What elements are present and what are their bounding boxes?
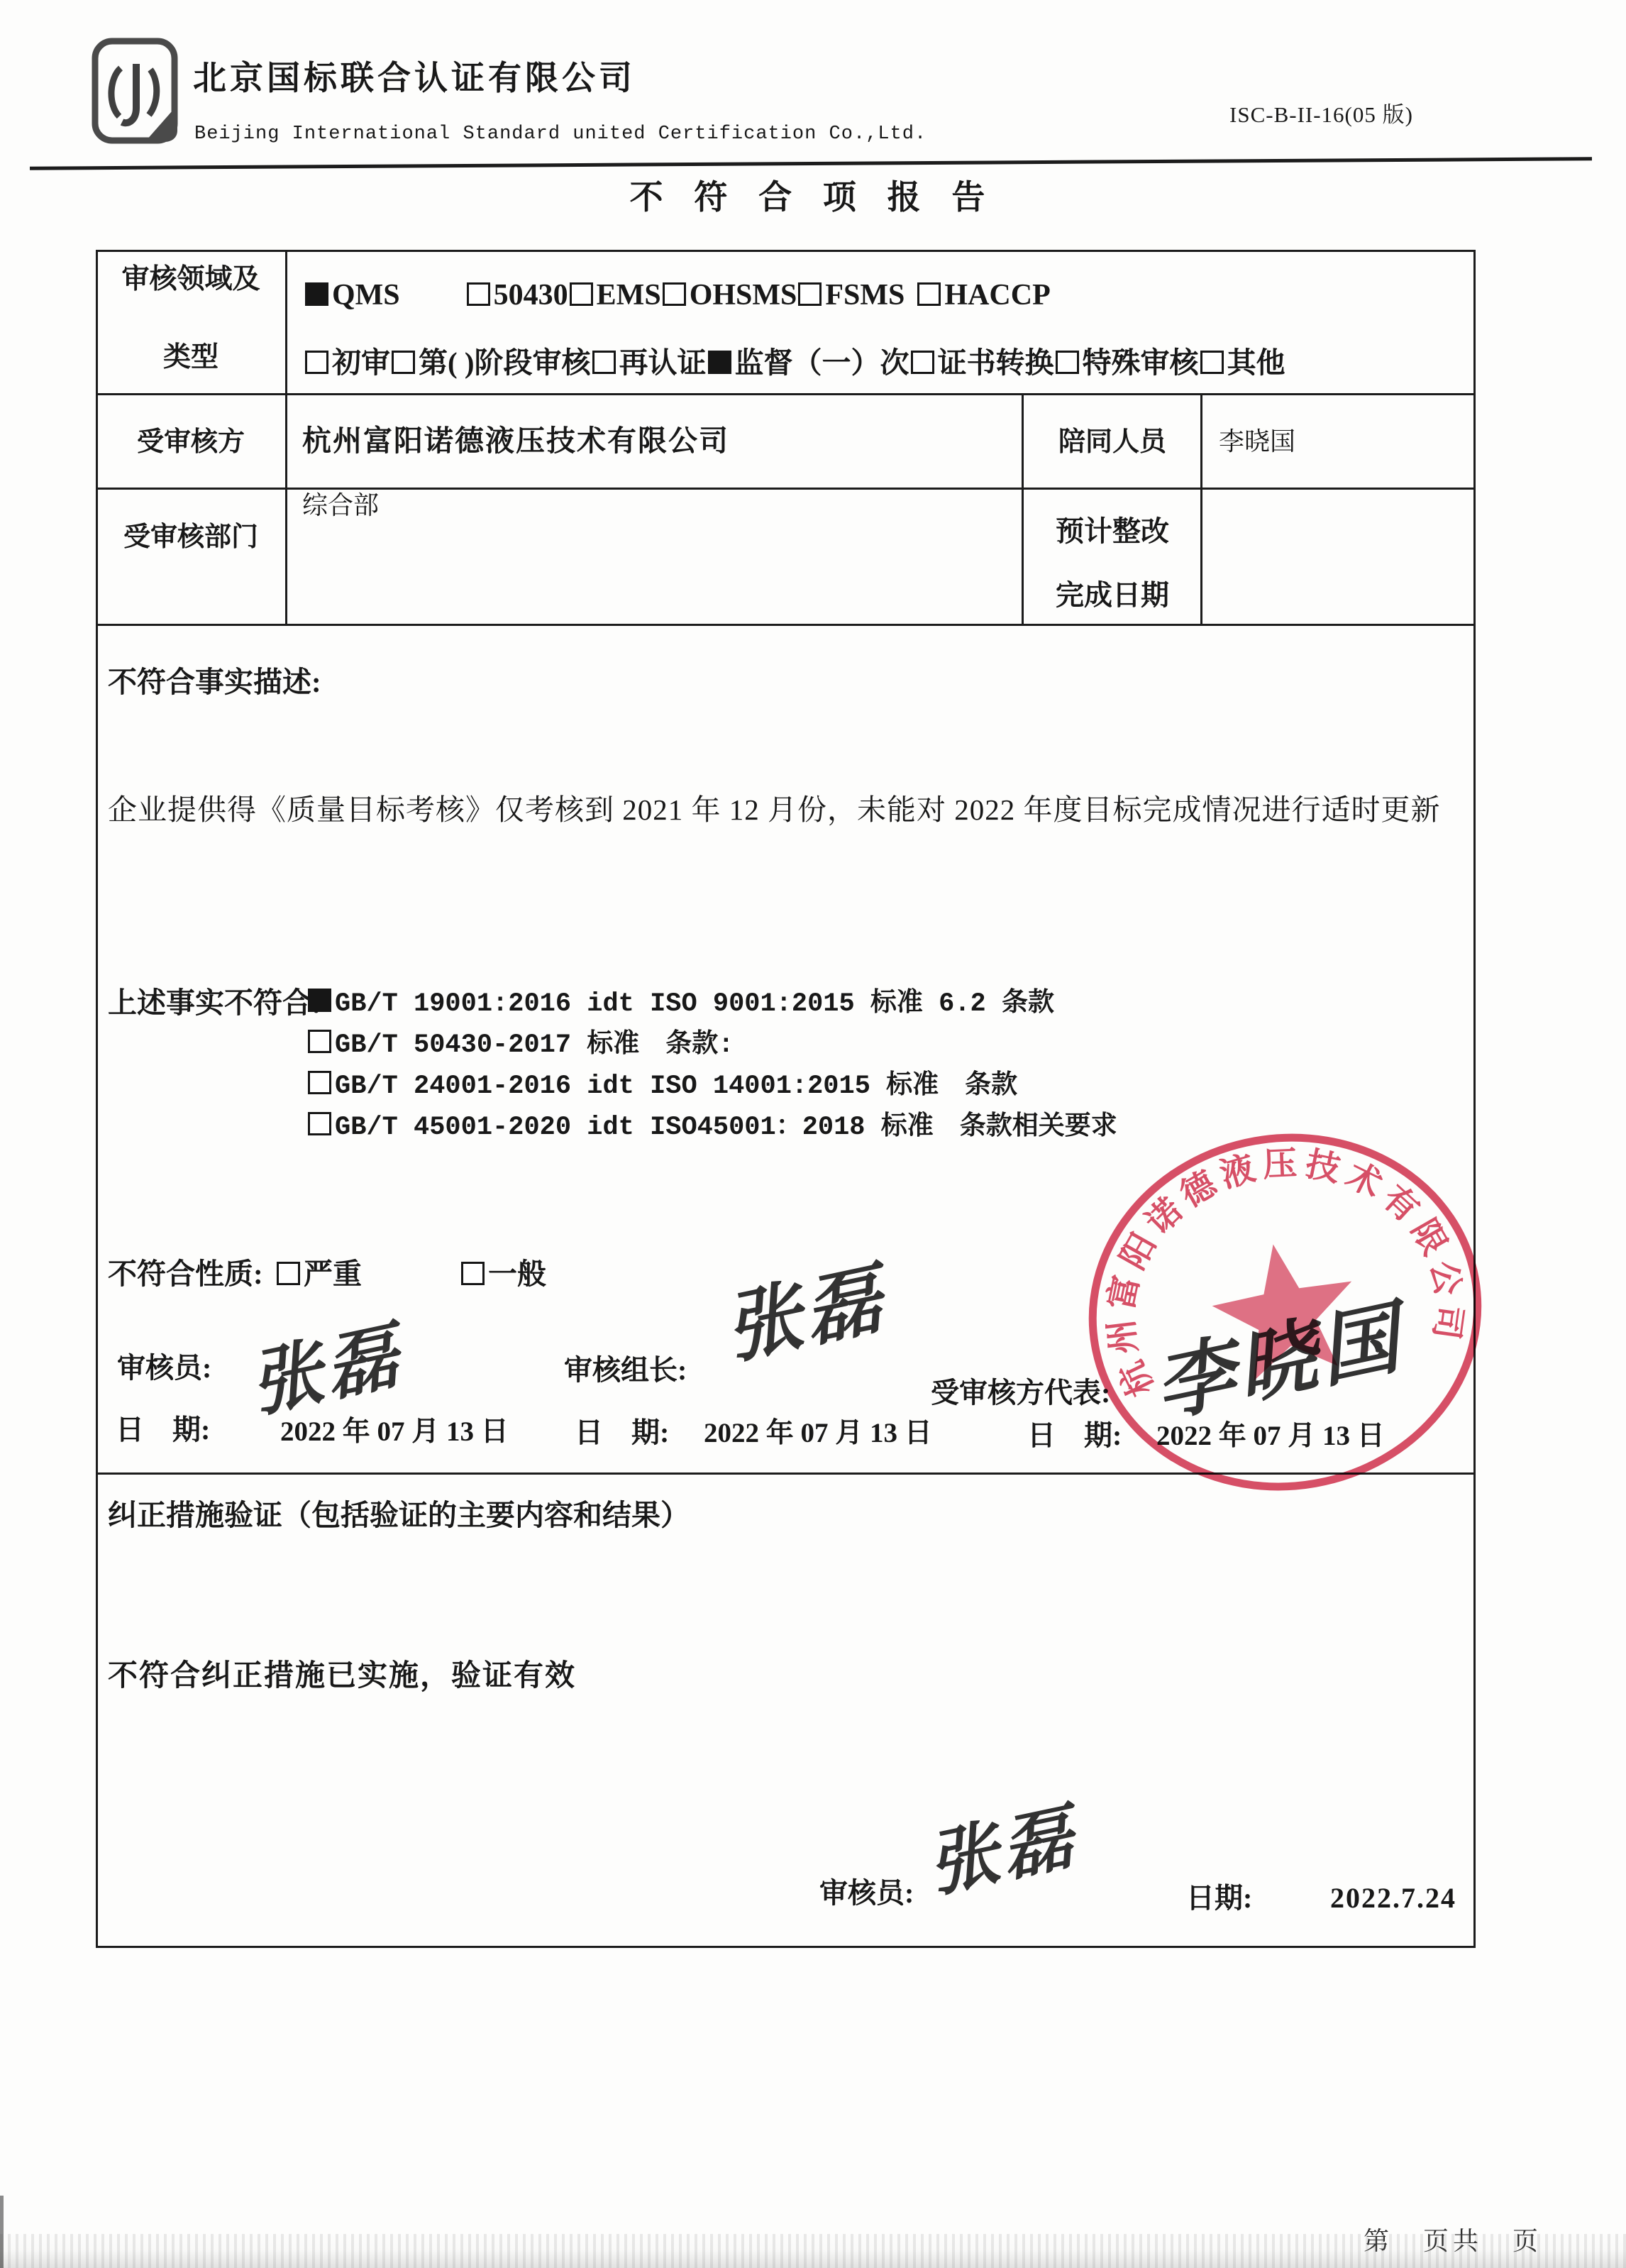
auditor-date: 2022 年 07 月 13 日 [280,1416,509,1448]
scan-edge-mark [0,2196,4,2268]
checkbox-severe [277,1262,300,1285]
checkbox-stage-audit [392,351,415,374]
standard-text: GB/T 24001-2016 idt ISO 14001:2015 标准 条款 [335,1072,1017,1101]
checkbox-fsms [798,282,822,306]
standard-item: GB/T 50430-2017 标准 条款: [306,1025,1117,1066]
checkbox-50430 [467,282,490,306]
stamp-star-icon [1203,1232,1366,1385]
option-label: 其他 [1227,346,1285,379]
option-label: HACCP [944,279,1050,312]
auditee-label: 受审核方 [96,427,286,458]
option-label: 第( )阶段审核 [419,346,591,379]
checkbox-certificate-transfer [911,351,934,374]
audit-team-leader-label: 审核组长: [564,1354,687,1387]
scan-noise-band [0,2234,1626,2268]
verification-result-text: 不符合纠正措施已实施，验证有效 [108,1659,576,1693]
nature-option-general: 一般 [460,1257,546,1291]
company-name-en: Beijing International Standard united Ce… [194,123,927,145]
option-label: 再认证 [619,346,707,379]
option-label: 严重 [304,1257,362,1290]
nonconformity-description-text: 企业提供得《质量目标考核》仅考核到 2021 年 12 月份，未能对 2022 … [108,793,1441,827]
option-label: 50430 [494,279,568,312]
checkbox-qms [305,282,328,306]
leader-date-label: 日 期: [575,1416,669,1449]
standard-text: GB/T 45001-2020 idt ISO45001：2018 标准 条款相… [335,1113,1117,1143]
auditor-date-label: 日 期: [116,1414,210,1446]
standards-label: 上述事实不符合: [108,986,321,1020]
checkbox-haccp [917,282,941,306]
company-name-cn: 北京国标联合认证有限公司 [193,60,636,98]
checkbox-general [461,1262,485,1285]
verification-section-title: 纠正措施验证（包括验证的主要内容和结果） [108,1499,690,1532]
auditee-company-name: 杭州富阳诺德液压技术有限公司 [302,424,729,458]
audited-department-label: 受审核部门 [96,522,286,554]
auditor-label: 审核员: [117,1352,211,1385]
nature-option-severe: 严重 [275,1257,362,1291]
option-label: EMS [597,279,661,312]
audit-type-options: 初审第( )阶段审核再认证监督（一）次证书转换特殊审核其他 [304,346,1285,380]
form-number: ISC-B-II-16(05 版) [1229,102,1413,128]
standard-item: GB/T 19001:2016 idt ISO 9001:2015 标准 6.2… [306,984,1117,1025]
checkbox-gbt24001 [308,1071,331,1094]
standard-item: GB/T 24001-2016 idt ISO 14001:2015 标准 条款 [306,1066,1117,1107]
checkbox-other [1200,351,1224,374]
checkbox-surveillance [708,351,731,374]
verification-date-label: 日期: [1186,1882,1252,1915]
option-label: 证书转换 [938,346,1054,379]
nonconformity-description-label: 不符合事实描述: [108,666,321,699]
escort-person-name: 李晓国 [1219,427,1295,456]
checkbox-gbt19001 [308,989,331,1012]
leader-date: 2022 年 07 月 13 日 [704,1418,932,1450]
checkbox-initial-audit [305,351,328,374]
verification-auditor-label: 审核员: [819,1877,914,1910]
standard-item: GB/T 45001-2020 idt ISO45001：2018 标准 条款相… [306,1107,1117,1148]
company-red-stamp: 杭州富阳诺德液压技术有限公司 [1043,1089,1529,1540]
rectify-deadline-label: 预计整改 [1024,515,1201,548]
checkbox-gbt45001 [308,1112,331,1135]
standard-text: GB/T 19001:2016 idt ISO 9001:2015 标准 6.2… [335,989,1054,1019]
verification-date: 2022.7.24 [1330,1882,1456,1915]
option-label: 监督（一）次 [735,346,909,379]
option-label: OHSMS [690,279,797,312]
header-divider [30,157,1592,170]
checkbox-ems [570,282,593,306]
checkbox-ohsms [663,282,686,306]
table-row-divider [96,624,1476,626]
nonconformity-nature-label: 不符合性质: [108,1257,263,1291]
scanned-nonconformity-report: 北京国标联合认证有限公司 Beijing International Stand… [0,0,1626,2268]
standards-list: GB/T 19001:2016 idt ISO 9001:2015 标准 6.2… [306,984,1117,1148]
checkbox-recertification [592,351,616,374]
option-label: FSMS [825,279,905,312]
option-label: 一般 [488,1257,546,1290]
report-title: 不 符 合 项 报 告 [0,179,1626,217]
option-label: QMS [332,279,400,312]
audit-system-options: QMS50430EMSOHSMSFSMSHACCP [304,278,1051,312]
rectify-deadline-label: 完成日期 [1024,579,1201,612]
audited-department-value: 综合部 [302,491,379,520]
option-label: 特殊审核 [1083,346,1199,379]
certification-logo-icon [91,37,182,146]
option-label: 初审 [332,346,390,379]
audit-type-label: 类型 [96,342,286,374]
checkbox-special-audit [1056,351,1079,374]
standard-text: GB/T 50430-2017 标准 条款: [335,1030,734,1060]
checkbox-gbt50430 [308,1030,331,1053]
escort-person-label: 陪同人员 [1024,427,1201,458]
audit-scope-label: 审核领域及 [96,264,286,296]
table-row-divider [96,488,1476,490]
table-row-divider [96,393,1476,395]
